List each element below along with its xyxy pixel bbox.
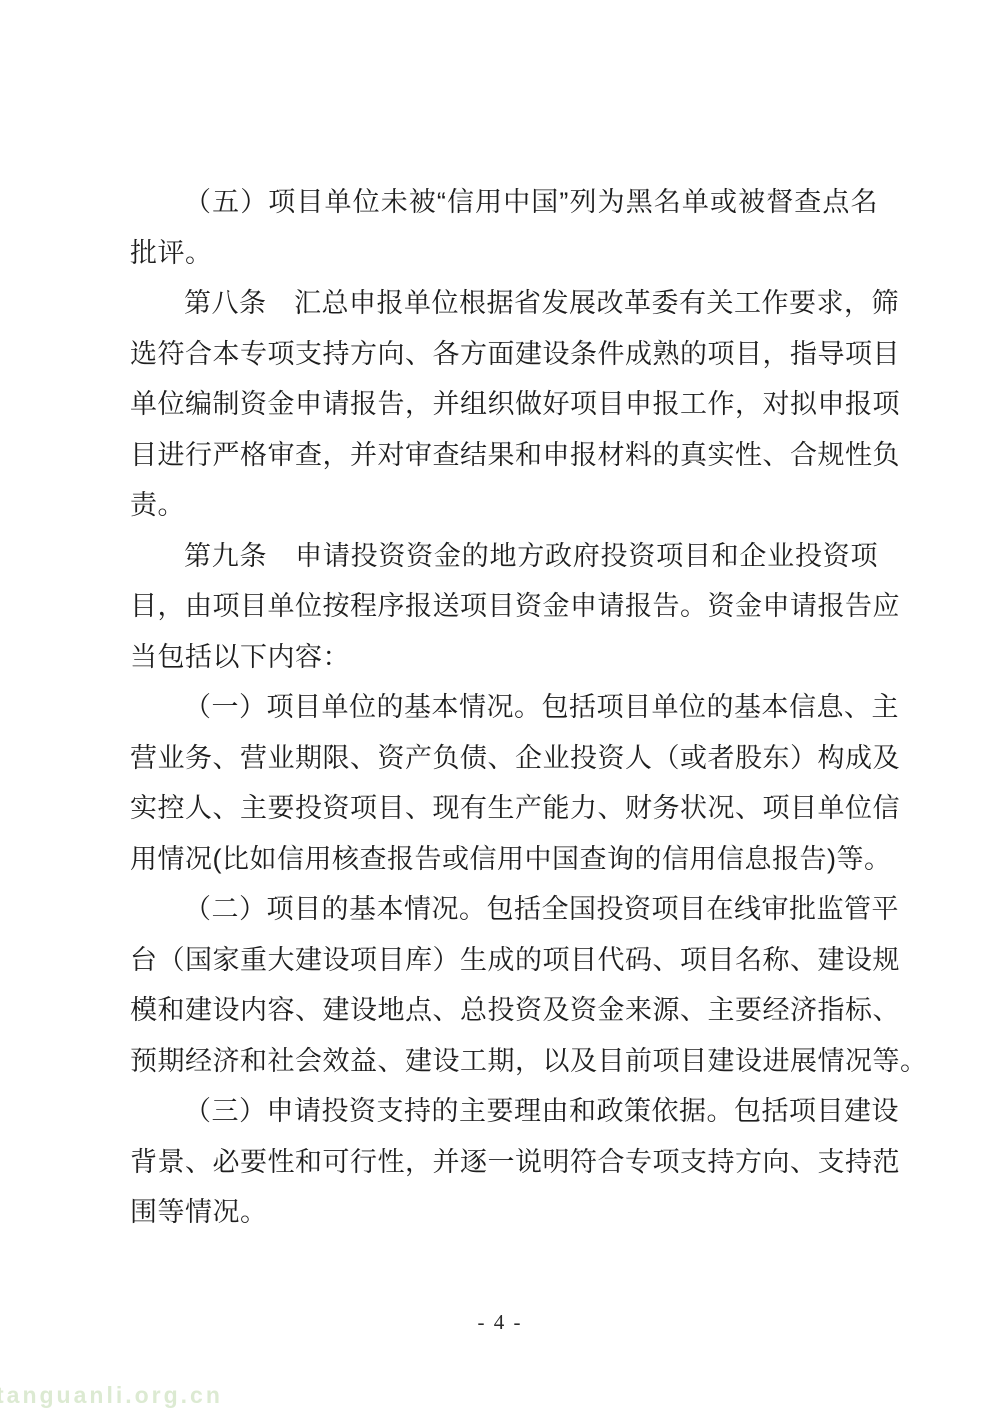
page-number: - 4 - [0,1310,1000,1335]
text-line: 实控人、主要投资项目、现有生产能力、财务状况、项目单位信 [130,783,878,834]
text-line: 单位编制资金申请报告，并组织做好项目申报工作，对拟申报项 [130,379,878,430]
text-line: 背景、必要性和可行性，并逐一说明符合专项支持方向、支持范 [130,1137,878,1188]
text-line: （五）项目单位未被“信用中国”列为黑名单或被督查点名 [130,177,878,228]
paragraph-article-9: 第九条 申请投资资金的地方政府投资项目和企业投资项 目，由项目单位按程序报送项目… [130,531,878,683]
text-line: （三）申请投资支持的主要理由和政策依据。包括项目建设 [130,1086,878,1137]
text-line: 批评。 [130,228,878,279]
paragraph-article-8: 第八条 汇总申报单位根据省发展改革委有关工作要求，筛 选符合本专项支持方向、各方… [130,278,878,531]
watermark-text: tanguanli.org.cn [0,1382,223,1409]
text-line: 用情况(比如信用核查报告或信用中国查询的信用信息报告)等。 [130,834,878,885]
text-line: 选符合本专项支持方向、各方面建设条件成熟的项目，指导项目 [130,329,878,380]
text-line: 台（国家重大建设项目库）生成的项目代码、项目名称、建设规 [130,935,878,986]
paragraph-item-5: （五）项目单位未被“信用中国”列为黑名单或被督查点名 批评。 [130,177,878,278]
text-line: 第九条 申请投资资金的地方政府投资项目和企业投资项 [130,531,878,582]
text-line: （一）项目单位的基本情况。包括项目单位的基本信息、主 [130,682,878,733]
text-line: 围等情况。 [130,1187,878,1238]
text-line: 第八条 汇总申报单位根据省发展改革委有关工作要求，筛 [130,278,878,329]
text-line: 责。 [130,480,878,531]
text-line: 目，由项目单位按程序报送项目资金申请报告。资金申请报告应 [130,581,878,632]
paragraph-item-3: （三）申请投资支持的主要理由和政策依据。包括项目建设 背景、必要性和可行性，并逐… [130,1086,878,1238]
paragraph-item-2: （二）项目的基本情况。包括全国投资项目在线审批监管平 台（国家重大建设项目库）生… [130,884,878,1086]
text-line: 营业务、营业期限、资产负债、企业投资人（或者股东）构成及 [130,733,878,784]
text-line: （二）项目的基本情况。包括全国投资项目在线审批监管平 [130,884,878,935]
document-body: （五）项目单位未被“信用中国”列为黑名单或被督查点名 批评。 第八条 汇总申报单… [130,177,878,1238]
text-line: 模和建设内容、建设地点、总投资及资金来源、主要经济指标、 [130,985,878,1036]
paragraph-item-1: （一）项目单位的基本情况。包括项目单位的基本信息、主 营业务、营业期限、资产负债… [130,682,878,884]
text-line: 当包括以下内容： [130,632,878,683]
text-line: 目进行严格审查，并对审查结果和申报材料的真实性、合规性负 [130,430,878,481]
text-line: 预期经济和社会效益、建设工期，以及目前项目建设进展情况等。 [130,1036,878,1087]
document-page: （五）项目单位未被“信用中国”列为黑名单或被督查点名 批评。 第八条 汇总申报单… [0,0,1000,1414]
